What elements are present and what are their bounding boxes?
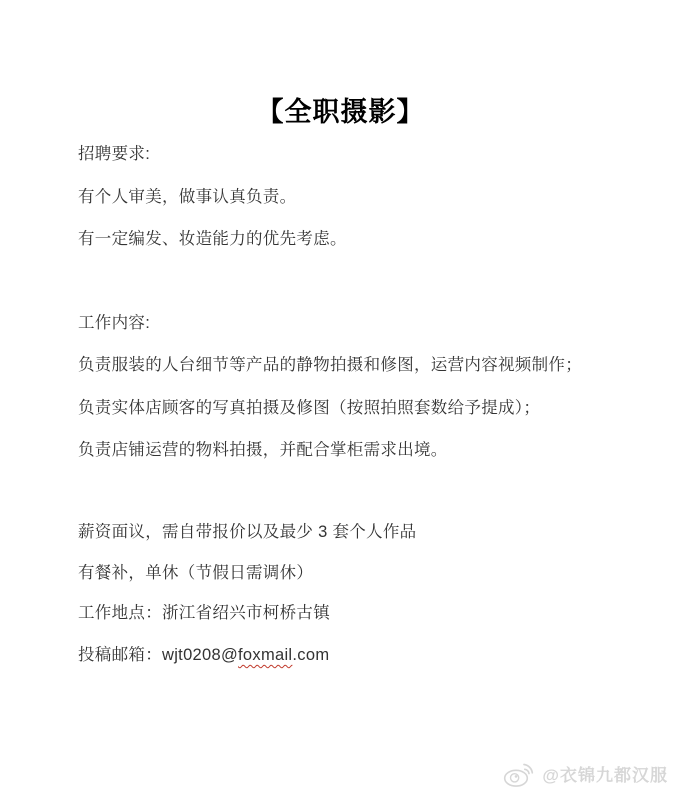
weibo-watermark: @衣锦九都汉服 [503,758,668,788]
weibo-logo-icon [503,758,537,788]
job-content-line: 负责实体店顾客的写真拍摄及修图（按照拍照套数给予提成）； [78,398,641,419]
page-title: 【全职摄影】 [0,90,681,129]
submission-email-line: 投稿邮箱：wjt0208@foxmail.com [78,645,641,666]
job-content-line: 负责服装的人台细节等产品的静物拍摄和修图，运营内容视频制作； [78,355,641,376]
email-suffix-text: .com [292,646,329,664]
document-page: 【全职摄影】 招聘要求: 有个人审美，做事认真负责。 有一定编发、妆造能力的优先… [0,0,681,795]
recruitment-requirement-line: 有个人审美，做事认真负责。 [78,187,641,208]
email-prefix-text: 投稿邮箱：wjt0208@ [78,646,238,664]
salary-line: 薪资面议，需自带报价以及最少 3 套个人作品 [78,522,641,543]
job-content-line: 负责店铺运营的物料拍摄，并配合掌柜需求出境。 [78,440,641,461]
recruitment-requirement-line: 有一定编发、妆造能力的优先考虑。 [78,229,641,250]
benefits-line: 有餐补，单休（节假日需调休） [78,563,641,584]
watermark-handle: @衣锦九都汉服 [542,761,668,786]
work-location-line: 工作地点：浙江省绍兴市柯桥古镇 [78,603,641,624]
email-spellchecked-word: foxmail [238,646,292,664]
job-content-heading: 工作内容: [78,313,641,334]
recruitment-requirements-heading: 招聘要求: [78,144,641,165]
